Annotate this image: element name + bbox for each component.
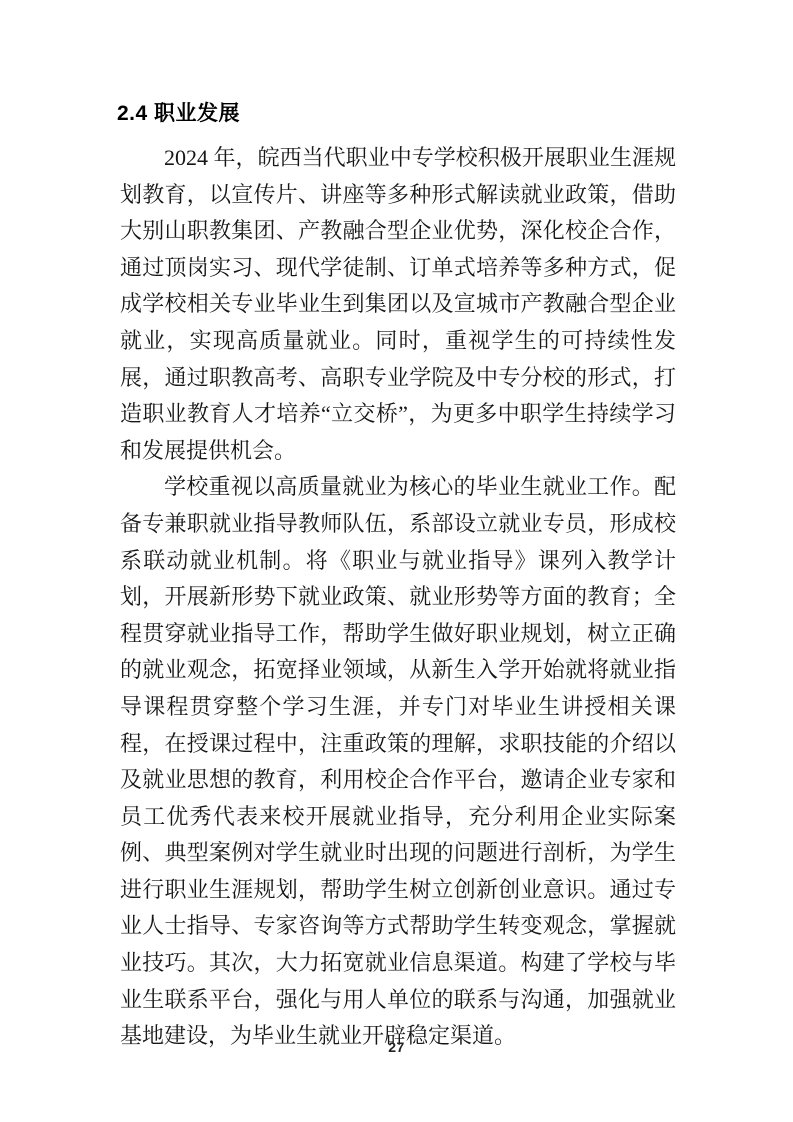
- paragraph-employment-guidance: 学校重视以高质量就业为核心的毕业生就业工作。配备专兼职就业指导教师队伍，系部设立…: [120, 469, 676, 1055]
- document-body: 2024 年，皖西当代职业中专学校积极开展职业生涯规划教育，以宣传片、讲座等多种…: [120, 140, 676, 1055]
- section-heading: 2.4 职业发展: [117, 99, 240, 129]
- document-page: 2.4 职业发展 2024 年，皖西当代职业中专学校积极开展职业生涯规划教育，以…: [0, 0, 793, 1122]
- page-number: 27: [0, 1039, 793, 1055]
- paragraph-career-development: 2024 年，皖西当代职业中专学校积极开展职业生涯规划教育，以宣传片、讲座等多种…: [120, 140, 676, 469]
